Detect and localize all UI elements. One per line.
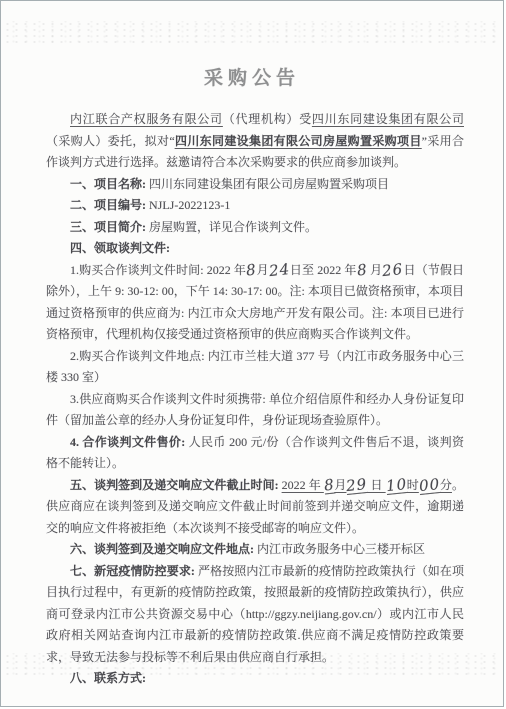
text-segment: 六、谈判签到及递交响应文件地点: (70, 542, 257, 556)
text-segment: 七、新冠疫情防控要求: (70, 564, 198, 578)
handwritten-text: 00 (418, 476, 441, 493)
section-4-item-1: 1.购买合作谈判文件时间: 2022 年8月24日至 2022 年8 月26日（… (46, 260, 464, 346)
text-segment: 日至 2022 年 (290, 263, 357, 277)
scan-noise-top (3, 21, 501, 43)
section-4-heading: 四、领取谈判文件: (46, 238, 464, 260)
section-6-location: 六、谈判签到及递交响应文件地点: 内江市政务服务中心三楼开标区 (46, 539, 464, 561)
text-segment: 一、项目名称: (70, 177, 149, 191)
text-segment: NJLJ-2022123-1 (149, 198, 230, 212)
text-segment: 日 (367, 478, 385, 492)
intro-paragraph: 内江联合产权服务有限公司（代理机构）受四川东同建设集团有限公司（采购人）委托，拟… (46, 109, 464, 174)
section-4-item-4: 4. 合作谈判文件售价: 人民币 200 元/份（合作谈判文件售后不退，谈判资格… (46, 432, 464, 475)
text-segment: 3.供应商购买合作谈判文件时须携带: 单位介绍信原件和经办人身份证复印件（留加盖… (46, 392, 464, 428)
text-segment: 1.购买合作谈判文件时间: 2022 年 (70, 263, 246, 277)
text-segment: 月 (256, 263, 268, 277)
text-segment: 四川东同建设集团有限公司房屋购置采购项目 (175, 134, 422, 148)
page-title: 采购公告 (1, 63, 503, 90)
text-segment: 月 (367, 263, 382, 277)
handwritten-text: 24 (268, 261, 291, 278)
section-4-item-3: 3.供应商购买合作谈判文件时须携带: 单位介绍信原件和经办人身份证复印件（留加盖… (46, 389, 464, 432)
text-segment: 2.购买合作谈判文件地点: 内江市兰桂大道 377 号（内江市政务服务中心三楼 … (46, 349, 464, 385)
text-segment: 分 (440, 478, 452, 492)
section-1-project-name: 一、项目名称: 四川东同建设集团有限公司房屋购置采购项目 (46, 174, 464, 196)
scanned-document-page: 采购公告 内江联合产权服务有限公司（代理机构）受四川东同建设集团有限公司（采购人… (0, 0, 504, 707)
document-body: 内江联合产权服务有限公司（代理机构）受四川东同建设集团有限公司（采购人）委托，拟… (46, 109, 464, 690)
text-segment: （采购人）委托，拟对“ (46, 134, 175, 148)
text-segment: 2022 年 (282, 478, 324, 492)
section-5-deadline: 五、谈判签到及递交响应文件截止时间: 2022 年 8月29 日 10时00分。… (46, 475, 464, 540)
section-2-project-number: 二、项目编号: NJLJ-2022123-1 (46, 195, 464, 217)
text-segment: 4. 合作谈判文件售价: (70, 435, 189, 449)
section-7-covid: 七、新冠疫情防控要求: 严格按照内江市最新的疫情防控政策执行（如在项目执行过程中… (46, 561, 464, 669)
handwritten-text: 8 (356, 262, 368, 278)
handwritten-text: 8 (245, 262, 257, 278)
text-segment: 三、项目简介: (70, 220, 149, 234)
text-segment: 二、项目编号: (70, 198, 149, 212)
section-3-project-brief: 三、项目简介: 房屋购置，详见合作谈判文件。 (46, 217, 464, 239)
handwritten-text: 8 (323, 477, 335, 493)
text-segment: 四川东同建设集团有限公司房屋购置采购项目 (149, 177, 389, 191)
section-8-contact: 八、联系方式: (46, 668, 464, 690)
text-segment: 八、联系方式: (70, 671, 146, 685)
text-segment: 内江联合产权服务有限公司 (70, 112, 223, 126)
handwritten-text: 29 (346, 476, 369, 493)
section-4-item-2: 2.购买合作谈判文件地点: 内江市兰桂大道 377 号（内江市政务服务中心三楼 … (46, 346, 464, 389)
text-segment: 四川东同建设集团有限公司 (312, 112, 464, 126)
handwritten-text: 26 (382, 261, 405, 278)
text-segment: 严格按照内江市最新的疫情防控政策执行（如在项目执行过程中，有更新的疫情防控政策，… (46, 564, 464, 664)
text-segment: 房屋购置，详见合作谈判文件。 (149, 220, 317, 234)
text-segment: 内江市政务服务中心三楼开标区 (257, 542, 425, 556)
text-segment: 时 (407, 478, 419, 492)
handwritten-text: 10 (385, 476, 408, 493)
text-segment: 四、领取谈判文件: (70, 241, 170, 255)
text-segment: （代理机构）受 (223, 112, 312, 126)
text-segment: 五、谈判签到及递交响应文件截止时间: (70, 478, 282, 492)
